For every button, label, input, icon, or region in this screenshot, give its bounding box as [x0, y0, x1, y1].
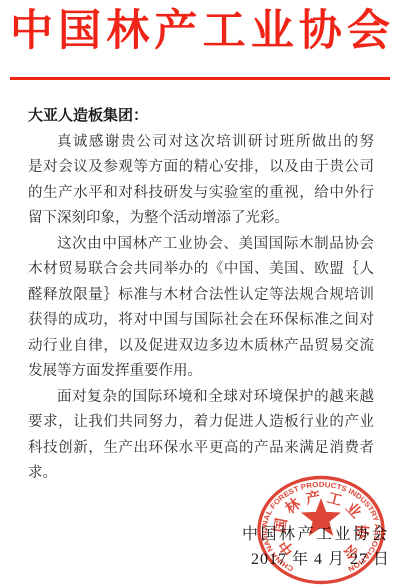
- body-line: 的生产水平和对科技研发与实验室的重视，给中外行业同仁: [28, 181, 374, 207]
- letterhead-title: 中国林产工业协会: [10, 5, 390, 57]
- paragraph: 真诚感谢贵公司对这次培训研讨班所做出的努力！特别 是对会议及参观等方面的精心安排…: [28, 130, 374, 232]
- body-line: 醛释放限量｝标准与木材合法性认定等法规合规培训班》所: [28, 283, 374, 309]
- body-line: 动行业自律，以及促进双边多边木质林产品贸易交流与和谐: [28, 334, 374, 360]
- body-line: 面对复杂的国际环境和全球对环境保护的越来越高的: [28, 385, 374, 411]
- official-seal: CHINA NATIONAL FOREST PRODUCTS INDUSTRY …: [250, 468, 392, 586]
- body-line: 这次由中国林产工业协会、美国国际木制品协会和英国: [28, 232, 374, 258]
- salutation: 大亚人造板集团：: [28, 104, 374, 130]
- paragraph: 这次由中国林产工业协会、美国国际木制品协会和英国 木材贸易联合会共同举办的《中国…: [28, 232, 374, 385]
- body-line: 发展等方面发挥重要作用。: [28, 359, 374, 385]
- letterhead-divider: [10, 77, 390, 80]
- body-line: 获得的成功，将对中国与国际社会在环保标准之间对接、推: [28, 308, 374, 334]
- body-line: 要求，让我们共同努力，着力促进人造板行业的产业升级和: [28, 410, 374, 436]
- letter-page: 中国林产工业协会 大亚人造板集团： 真诚感谢贵公司对这次培训研讨班所做出的努力！…: [0, 0, 400, 586]
- letter-body: 大亚人造板集团： 真诚感谢贵公司对这次培训研讨班所做出的努力！特别 是对会议及参…: [28, 104, 374, 487]
- body-line: 真诚感谢贵公司对这次培训研讨班所做出的努力！特别: [28, 130, 374, 156]
- body-line: 木材贸易联合会共同举办的《中国、美国、欧盟｛人造板甲: [28, 257, 374, 283]
- body-line: 科技创新，生产出环保水平更高的产品来满足消费者的需: [28, 436, 374, 462]
- body-line: 是对会议及参观等方面的精心安排，以及由于贵公司高水平: [28, 155, 374, 181]
- body-line: 留下深刻印象，为整个活动增添了光彩。: [28, 206, 374, 232]
